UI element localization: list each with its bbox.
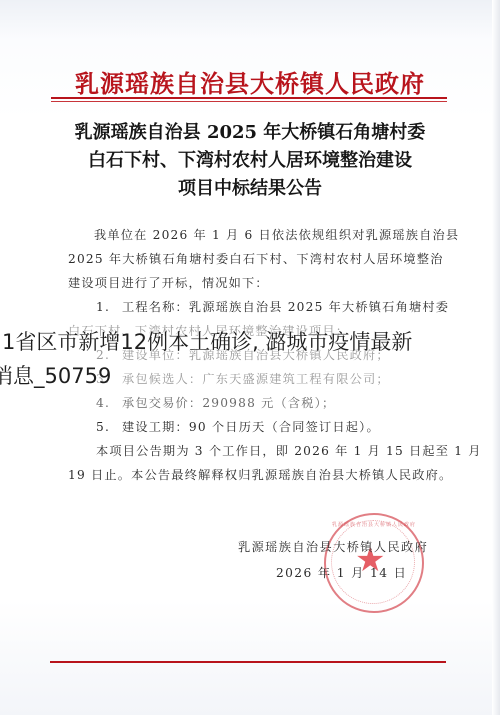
item-number: 1. <box>96 300 122 314</box>
issuer-header: 乳源瑶族自治县大桥镇人民政府 <box>0 64 500 99</box>
list-item-5: 5.建设工期：90 个日历天（合同签订日起）。 <box>96 418 380 435</box>
intro-line-3: 建设项目进行了开标，情况如下： <box>68 274 269 291</box>
header-red-rule <box>51 97 447 99</box>
closing-line-2: 19 日止。本公告最终解释权归乳源瑶族自治县大桥镇人民政府。 <box>68 466 452 483</box>
seal-text: 乳源瑶族自治县大桥镇人民政府 <box>326 521 422 528</box>
overlay-headline-line-1: 1省区市新增12例本土确诊, 潞城市疫情最新 <box>2 326 412 356</box>
document-title-line-2: 白石下村、下湾村农村人居环境整治建设 <box>0 146 500 172</box>
signature-issuer: 乳源瑶族自治县大桥镇人民政府 <box>238 538 428 555</box>
official-seal: 乳源瑶族自治县大桥镇人民政府 ★ <box>324 513 424 613</box>
page-edge-shadow <box>492 0 500 715</box>
item-text: 建设工期：90 个日历天（合同签订日起）。 <box>122 420 380 434</box>
footer-red-rule <box>50 661 446 663</box>
header-red-rule-thin <box>51 101 447 102</box>
document-page: 乳源瑶族自治县大桥镇人民政府 乳源瑶族自治县 2025 年大桥镇石角塘村委 白石… <box>0 0 500 715</box>
closing-line-1: 本项目公告期为 3 个工作日，即 2026 年 1 月 15 日起至 1 月 <box>96 442 482 459</box>
item-text: 承包交易价：290988 元（含税）； <box>122 396 335 410</box>
item-text: 承包候选人：广东天盛源建筑工程有限公司； <box>122 372 390 386</box>
item-number: 4. <box>96 396 122 410</box>
item-number: 5. <box>96 420 122 434</box>
list-item-3: 3.承包候选人：广东天盛源建筑工程有限公司； <box>96 370 390 387</box>
overlay-headline-line-2: 消息_50759 <box>0 360 111 390</box>
signature-date: 2026 年 1 月 14 日 <box>276 564 407 581</box>
list-item-4: 4.承包交易价：290988 元（含税）； <box>96 394 335 411</box>
document-title-line-3: 项目中标结果公告 <box>0 174 500 200</box>
document-title-line-1: 乳源瑶族自治县 2025 年大桥镇石角塘村委 <box>0 118 500 144</box>
intro-line-1: 我单位在 2026 年 1 月 6 日依法依规组织对乳源瑶族自治县 <box>94 226 459 243</box>
intro-line-2: 2025 年大桥镇石角塘村委白石下村、下湾村农村人居环境整治 <box>68 250 444 267</box>
item-text: 工程名称：乳源瑶族自治县 2025 年大桥镇石角塘村委 <box>122 300 449 314</box>
list-item-1: 1.工程名称：乳源瑶族自治县 2025 年大桥镇石角塘村委 <box>96 298 449 315</box>
